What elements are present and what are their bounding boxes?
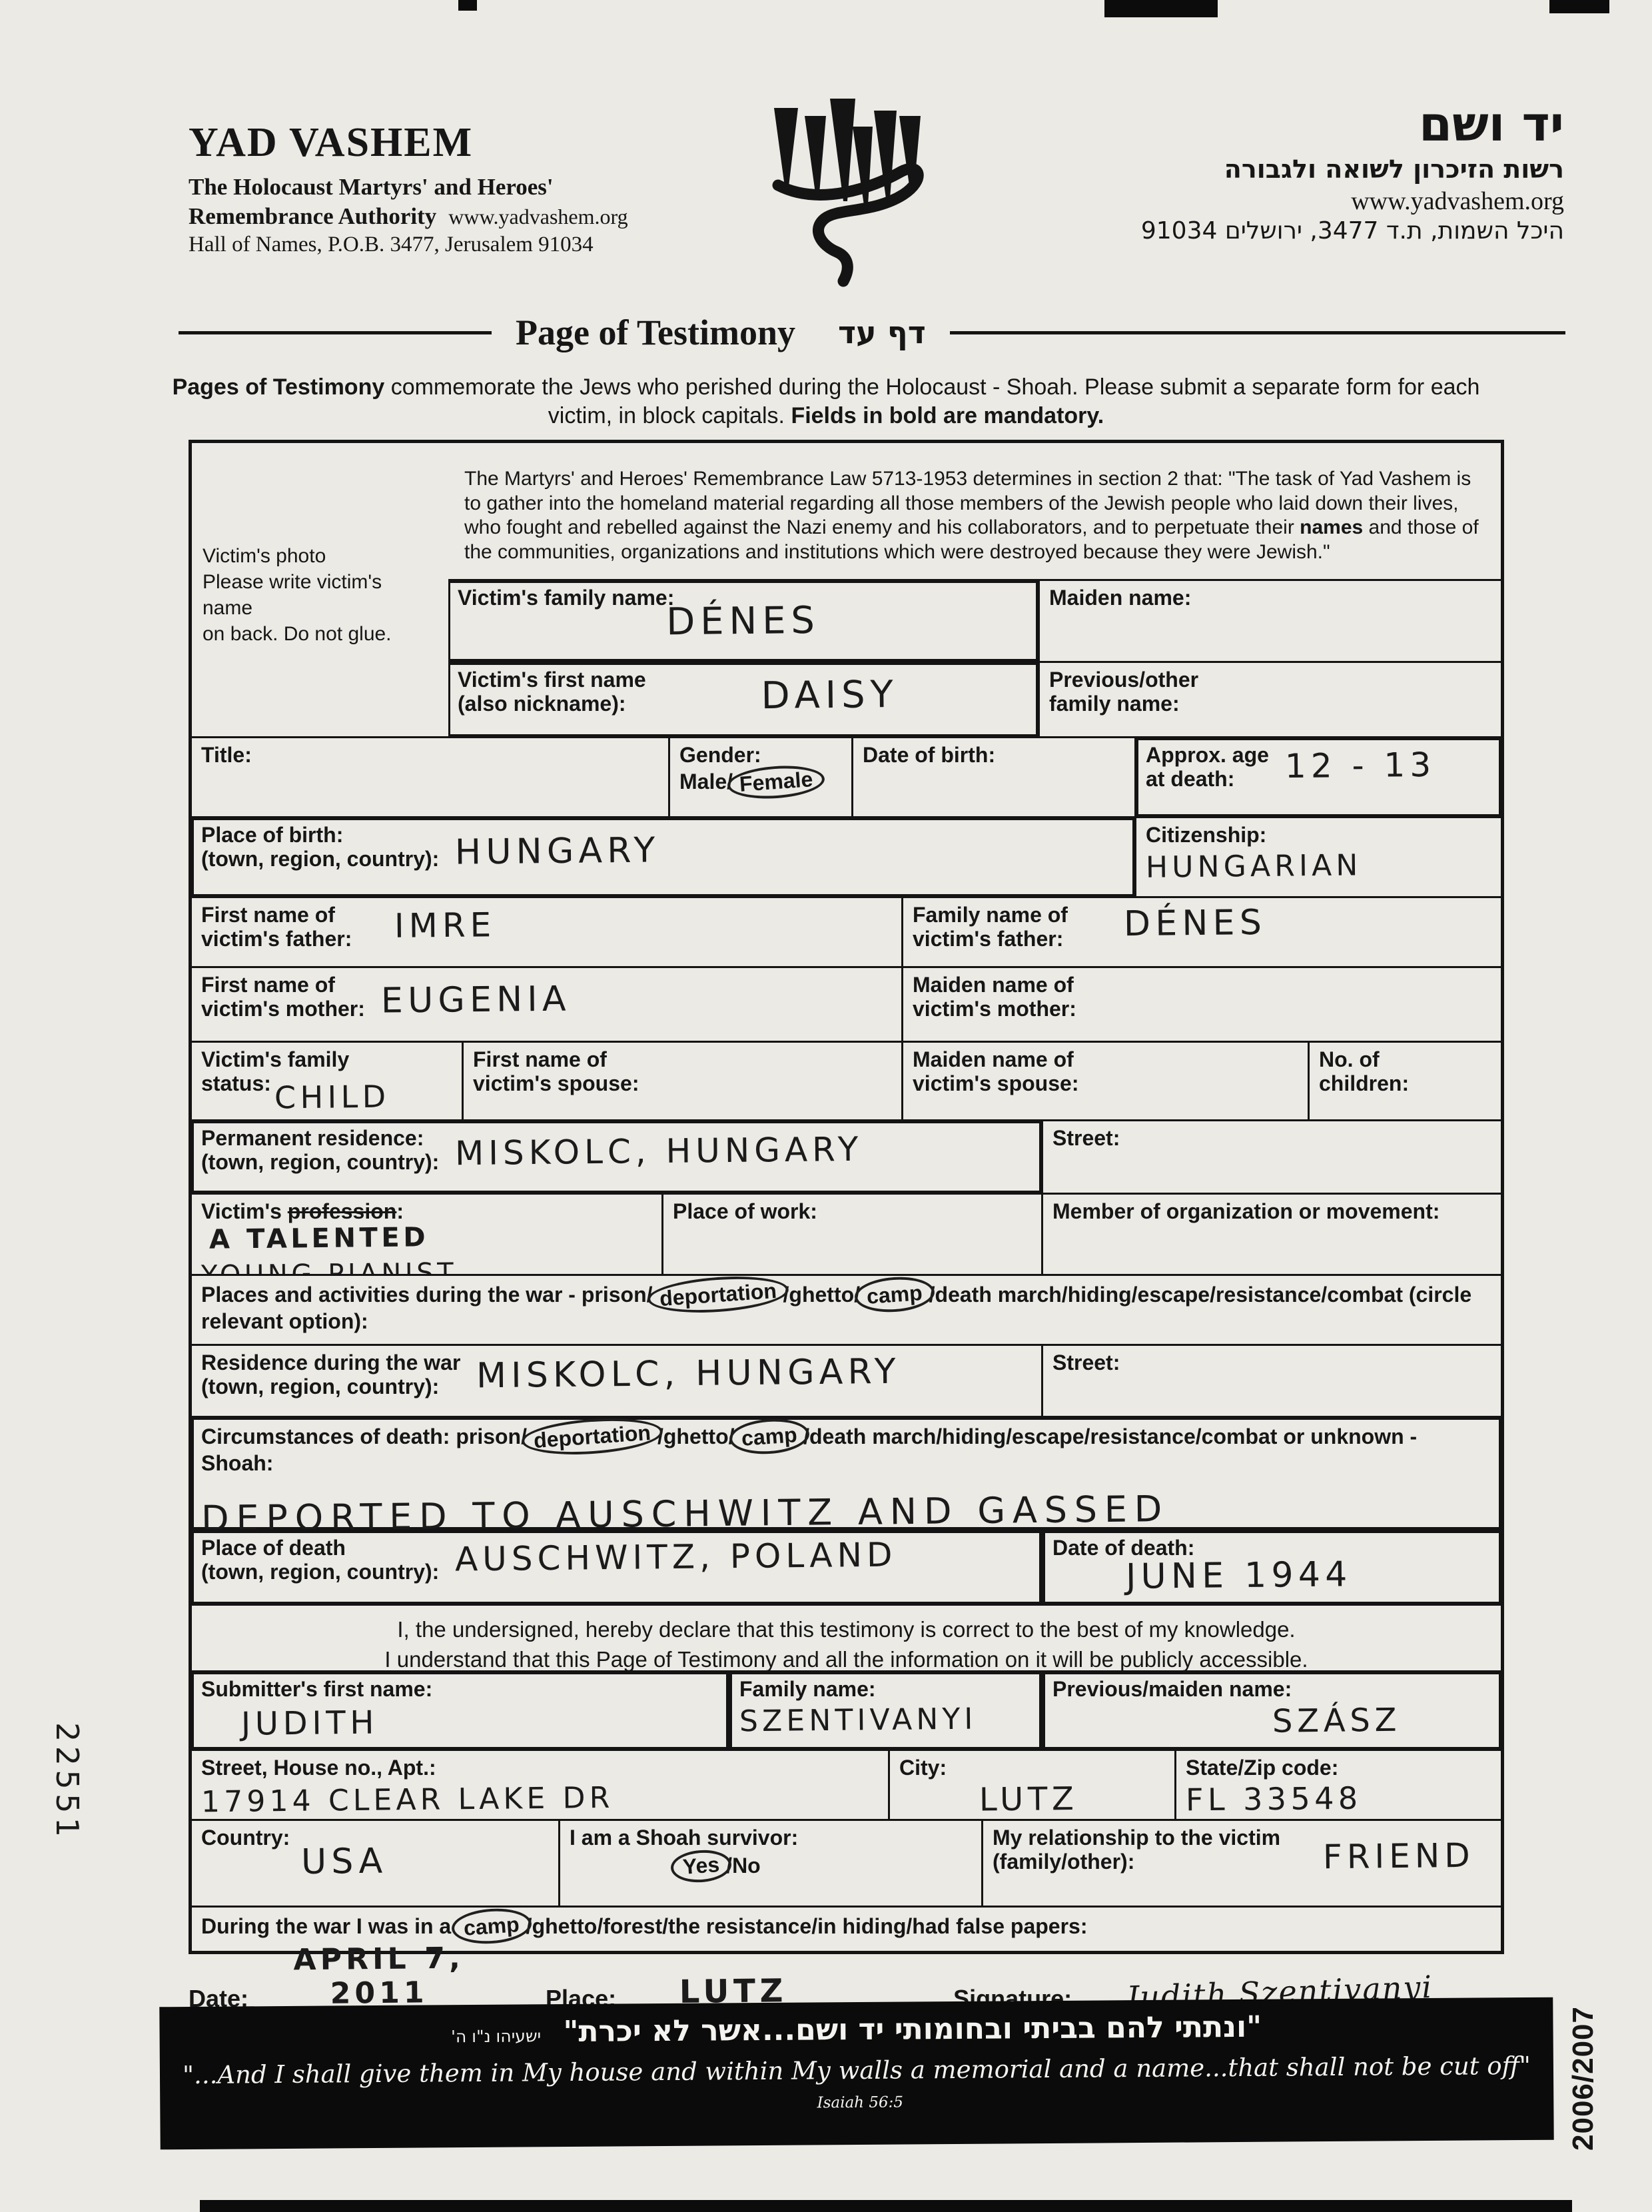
profession-value-line1: A TALENTED [209, 1223, 430, 1255]
submitter-city-value: LUTZ [979, 1779, 1166, 1818]
residence-during-war-value: MISKOLC, HUNGARY [476, 1352, 901, 1396]
circumstances-mid: /ghetto/ [657, 1424, 735, 1448]
field-member-organization: Member of organization or movement: [1041, 1195, 1501, 1274]
circumstances-deportation-circled: deportation [520, 1418, 663, 1458]
row-places-during-war: Places and activities during the war - p… [192, 1274, 1501, 1344]
submitter-street-label: Street, House no., Apt.: [201, 1756, 879, 1780]
field-submitter-first-name: Submitter's first name: JUDITH [192, 1672, 728, 1749]
father-family-name-label: Family name of victim's father: [913, 903, 1068, 951]
field-spouse-maiden-name: Maiden name of victim's spouse: [901, 1043, 1308, 1119]
mother-maiden-name-label: Maiden name of victim's mother: [913, 973, 1491, 1021]
scan-artifact [1549, 0, 1609, 13]
declaration-line1: I, the undersigned, hereby declare that … [218, 1615, 1474, 1645]
field-title: Title: [192, 738, 668, 816]
testimony-form: Victim's photo Please write victim's nam… [189, 440, 1504, 1954]
field-victim-first-name: Victim's first name (also nickname): DAI… [448, 663, 1038, 736]
number-of-children-label: No. of children: [1319, 1048, 1491, 1096]
approx-age-label: Approx. age at death: [1146, 744, 1269, 792]
place-of-birth-label: Place of birth: (town, region, country): [201, 824, 439, 871]
mother-first-name-value: EUGENIA [381, 979, 571, 1021]
maiden-name-label: Maiden name: [1049, 586, 1491, 610]
field-permanent-residence: Permanent residence: (town, region, coun… [192, 1121, 1041, 1193]
row-death-place-date: Place of death (town, region, country): … [192, 1529, 1501, 1604]
field-spouse-first-name: First name of victim's spouse: [462, 1043, 901, 1119]
row-photo-legal: Victim's photo Please write victim's nam… [192, 443, 1501, 736]
row-residence-during-war: Residence during the war (town, region, … [192, 1344, 1501, 1416]
field-maiden-name: Maiden name: [1038, 581, 1501, 660]
during-war-pre: During the war I was in a [201, 1914, 457, 1938]
gender-male-option: Male/ [679, 770, 733, 794]
spouse-maiden-name-label: Maiden name of victim's spouse: [913, 1048, 1298, 1096]
row-birth-citizenship: Place of birth: (town, region, country):… [192, 816, 1501, 896]
family-status-value: CHILD [274, 1077, 453, 1115]
submitter-first-name-value: JUDITH [241, 1700, 719, 1743]
title-rule-right [950, 331, 1565, 334]
submitter-state-zip-label: State/Zip code: [1186, 1756, 1491, 1780]
title-rule-left [179, 331, 492, 334]
row-status-spouse: Victim's family status: CHILD First name… [192, 1041, 1501, 1119]
footer-hebrew-ref: ישעיהו נ"ו ה' [451, 2026, 541, 2046]
intro-paragraph: Pages of Testimony commemorate the Jews … [160, 373, 1492, 430]
field-places-during-war: Places and activities during the war - p… [192, 1276, 1501, 1344]
submitter-street-value: 17914 CLEAR LAKE DR [201, 1778, 879, 1819]
field-place-of-work: Place of work: [661, 1195, 1041, 1274]
declaration-line2: I understand that this Page of Testimony… [218, 1645, 1474, 1675]
scan-artifact [1104, 0, 1218, 17]
yad-vashem-menorah-logo [759, 87, 926, 296]
member-organization-label: Member of organization or movement: [1052, 1200, 1491, 1224]
permanent-residence-value: MISKOLC, HUNGARY [455, 1130, 863, 1173]
place-of-death-value: AUSCHWITZ, POLAND [455, 1536, 897, 1579]
circumstances-camp-circled: camp [728, 1418, 810, 1456]
row-circumstances-of-death: Circumstances of death: prison/deportati… [192, 1416, 1501, 1529]
spouse-first-name-label: First name of victim's spouse: [473, 1048, 892, 1096]
gender-female-circled: Female [727, 763, 826, 802]
date-of-death-value: JUNE 1944 [1126, 1553, 1492, 1597]
places-war-deportation-circled: deportation [646, 1276, 789, 1317]
row-profession: Victim's profession: A TALENTED YOUNG PI… [192, 1193, 1501, 1274]
field-mother-maiden-name: Maiden name of victim's mother: [901, 968, 1501, 1041]
profession-label-pre: Victim's [201, 1199, 288, 1223]
row-declaration: I, the undersigned, hereby declare that … [192, 1604, 1501, 1670]
gender-label: Gender: [679, 744, 842, 768]
row-father: First name of victim's father: IMRE Fami… [192, 896, 1501, 966]
org-subtitle-1: The Holocaust Martyrs' and Heroes' [189, 174, 695, 201]
form-year-stamp: 2006/2007 [1567, 2006, 1600, 2151]
field-previous-family-name: Previous/other family name: [1038, 663, 1501, 736]
field-submitter-family-name: Family name: SZENTIVANYI [728, 1672, 1041, 1749]
father-family-name-value: DÉNES [1124, 903, 1267, 944]
footer-english-ref: Isaiah 56:5 [817, 2094, 903, 2112]
submitter-first-name-label: Submitter's first name: [201, 1678, 719, 1702]
row-submitter-address: Street, House no., Apt.: 17914 CLEAR LAK… [192, 1749, 1501, 1819]
row-title-gender-dob-age: Title: Gender: Male/Female Date of birth… [192, 736, 1501, 816]
page-title-hebrew: דף עד [838, 314, 926, 350]
field-shoah-survivor: I am a Shoah survivor: Yes/No [558, 1821, 981, 1906]
residence-street-label: Street: [1052, 1127, 1491, 1151]
victim-family-name-value: DÉNES [448, 597, 1038, 646]
shoah-survivor-label: I am a Shoah survivor: [570, 1826, 972, 1850]
profession-value-line2: YOUNG PIANIST [201, 1255, 652, 1274]
legal-text-names: names [1300, 516, 1363, 538]
field-place-of-death: Place of death (town, region, country): … [192, 1531, 1041, 1604]
date-of-birth-label: Date of birth: [863, 744, 1125, 768]
page-of-testimony-scan: YAD VASHEM The Holocaust Martyrs' and He… [0, 0, 1652, 2212]
org-website-hebrew-block: www.yadvashem.org [1141, 187, 1564, 216]
field-submitter-country: Country: USA [192, 1821, 558, 1906]
field-date-of-death: Date of death: JUNE 1944 [1041, 1531, 1501, 1604]
row-permanent-residence: Permanent residence: (town, region, coun… [192, 1119, 1501, 1193]
permanent-residence-label: Permanent residence: (town, region, coun… [201, 1127, 439, 1175]
page-title-row: Page of Testimony דף עד [179, 312, 1565, 353]
org-subtitle-hebrew: רשות הזיכרון לשואה ולגבורה [1141, 155, 1564, 184]
field-father-family-name: Family name of victim's father: DÉNES [901, 898, 1501, 966]
org-subtitle-2: Remembrance Authoritywww.yadvashem.org [189, 203, 695, 230]
field-circumstances-of-death: Circumstances of death: prison/deportati… [192, 1418, 1501, 1529]
circumstances-label: Circumstances of death: [201, 1424, 450, 1448]
remembrance-law-text: The Martyrs' and Heroes' Remembrance Law… [448, 443, 1501, 579]
scan-artifact [200, 2200, 1572, 2212]
profession-label-post: : [396, 1199, 404, 1223]
circumstances-pre: prison/ [450, 1424, 527, 1448]
citizenship-label: Citizenship: [1146, 824, 1491, 847]
org-website: www.yadvashem.org [448, 205, 627, 229]
previous-family-name-label: Previous/other family name: [1049, 668, 1491, 716]
org-name-hebrew: יד ושם [1141, 100, 1564, 148]
survivor-yes-circled: Yes [669, 1848, 732, 1884]
father-first-name-label: First name of victim's father: [201, 903, 352, 951]
org-authority: Remembrance Authority [189, 203, 436, 229]
circumstances-value: DEPORTED TO AUSCHWITZ AND GASSED [201, 1484, 1492, 1529]
mother-first-name-label: First name of victim's mother: [201, 973, 365, 1021]
submitter-maiden-name-label: Previous/maiden name: [1052, 1678, 1491, 1702]
header-left: YAD VASHEM The Holocaust Martyrs' and He… [189, 121, 695, 257]
footer-english-text: "...And I shall give them in My house an… [183, 2051, 1531, 2089]
title-label: Title: [201, 744, 659, 768]
declaration-text: I, the undersigned, hereby declare that … [192, 1606, 1501, 1670]
footer-quote-bar: "ונתתי להם בביתי ובחומותי יד ושם...אשר ל… [159, 1997, 1553, 2150]
places-war-mid: /ghetto/ [783, 1283, 861, 1307]
scan-artifact [458, 0, 477, 11]
place-of-death-label: Place of death (town, region, country): [201, 1536, 439, 1584]
field-war-street: Street: [1041, 1346, 1501, 1416]
row-first-name: Victim's first name (also nickname): DAI… [448, 661, 1501, 736]
row-submitter-names: Submitter's first name: JUDITH Family na… [192, 1670, 1501, 1749]
page-title: Page of Testimony [516, 312, 795, 353]
margin-handwritten-number: 22551 [49, 1722, 85, 1842]
header-right: יד ושם רשות הזיכרון לשואה ולגבורה www.ya… [1141, 100, 1564, 245]
victim-first-name-value: DAISY [621, 671, 1038, 719]
field-submitter-city: City: LUTZ [888, 1751, 1174, 1819]
legal-and-names-column: The Martyrs' and Heroes' Remembrance Law… [448, 443, 1501, 736]
submitter-country-value: USA [301, 1840, 550, 1882]
father-first-name-value: IMRE [394, 905, 496, 945]
war-street-label: Street: [1052, 1351, 1491, 1375]
during-war-post: /ghetto/forest/the resistance/in hiding/… [526, 1914, 1088, 1938]
place-of-birth-value: HUNGARY [455, 830, 660, 872]
field-gender: Gender: Male/Female [668, 738, 851, 816]
victim-photo-box: Victim's photo Please write victim's nam… [192, 443, 448, 736]
approx-age-value: 12 - 13 [1285, 746, 1436, 786]
org-name: YAD VASHEM [189, 121, 695, 165]
field-number-of-children: No. of children: [1308, 1043, 1501, 1119]
intro-lead: Pages of Testimony [173, 374, 385, 400]
submitter-maiden-name-value: SZÁSZ [1272, 1700, 1492, 1740]
field-family-status: Victim's family status: CHILD [192, 1043, 462, 1119]
submitter-state-zip-value: FL 33548 [1186, 1778, 1492, 1818]
field-residence-street: Street: [1041, 1121, 1501, 1193]
relationship-value: FRIEND [1323, 1836, 1475, 1876]
places-war-pre: Places and activities during the war - p… [201, 1283, 653, 1307]
row-country-survivor: Country: USA I am a Shoah survivor: Yes/… [192, 1819, 1501, 1906]
org-address-hebrew: היכל השמות, ת.ד 3477, ירושלים 91034 [1141, 217, 1564, 245]
submitter-city-label: City: [899, 1756, 1165, 1780]
field-relationship: My relationship to the victim (family/ot… [981, 1821, 1501, 1906]
residence-during-war-label: Residence during the war (town, region, … [201, 1351, 460, 1399]
row-family-name: Victim's family name: DÉNES Maiden name: [448, 579, 1501, 660]
relationship-label: My relationship to the victim (family/ot… [993, 1826, 1280, 1874]
field-citizenship: Citizenship: HUNGARIAN [1134, 818, 1501, 896]
citizenship-value: HUNGARIAN [1146, 847, 1492, 884]
row-mother: First name of victim's mother: EUGENIA M… [192, 966, 1501, 1041]
field-profession: Victim's profession: A TALENTED YOUNG PI… [192, 1195, 661, 1274]
date-value: APRIL 7, 2011 [258, 1941, 499, 2014]
field-father-first-name: First name of victim's father: IMRE [192, 898, 901, 966]
footer-quote-hebrew: "ונתתי להם בביתי ובחומותי יד ושם...אשר ל… [159, 2008, 1553, 2052]
field-submitter-maiden-name: Previous/maiden name: SZÁSZ [1041, 1672, 1501, 1749]
submitter-family-name-value: SZENTIVANYI [739, 1702, 1032, 1739]
field-submitter-state-zip: State/Zip code: FL 33548 [1174, 1751, 1501, 1819]
field-date-of-birth: Date of birth: [851, 738, 1134, 816]
submitter-family-name-label: Family name: [739, 1678, 1032, 1702]
place-of-work-label: Place of work: [673, 1200, 1032, 1224]
org-address: Hall of Names, P.O.B. 3477, Jerusalem 91… [189, 233, 695, 257]
field-victim-family-name: Victim's family name: DÉNES [448, 581, 1038, 660]
field-submitter-street: Street, House no., Apt.: 17914 CLEAR LAK… [192, 1751, 888, 1819]
field-residence-during-war: Residence during the war (town, region, … [192, 1346, 1041, 1416]
intro-mandatory-note: Fields in bold are mandatory. [791, 403, 1104, 428]
footer-quote-english: "...And I shall give them in My house an… [160, 2051, 1554, 2119]
profession-label-struck: profession [288, 1199, 397, 1223]
field-place-of-birth: Place of birth: (town, region, country):… [192, 818, 1134, 896]
places-war-camp-circled: camp [853, 1276, 935, 1315]
footer-hebrew-text: "ונתתי להם בביתי ובחומותי יד ושם...אשר ל… [563, 2010, 1262, 2049]
field-mother-first-name: First name of victim's mother: EUGENIA [192, 968, 901, 1041]
field-approx-age: Approx. age at death: 12 - 13 [1134, 738, 1501, 816]
